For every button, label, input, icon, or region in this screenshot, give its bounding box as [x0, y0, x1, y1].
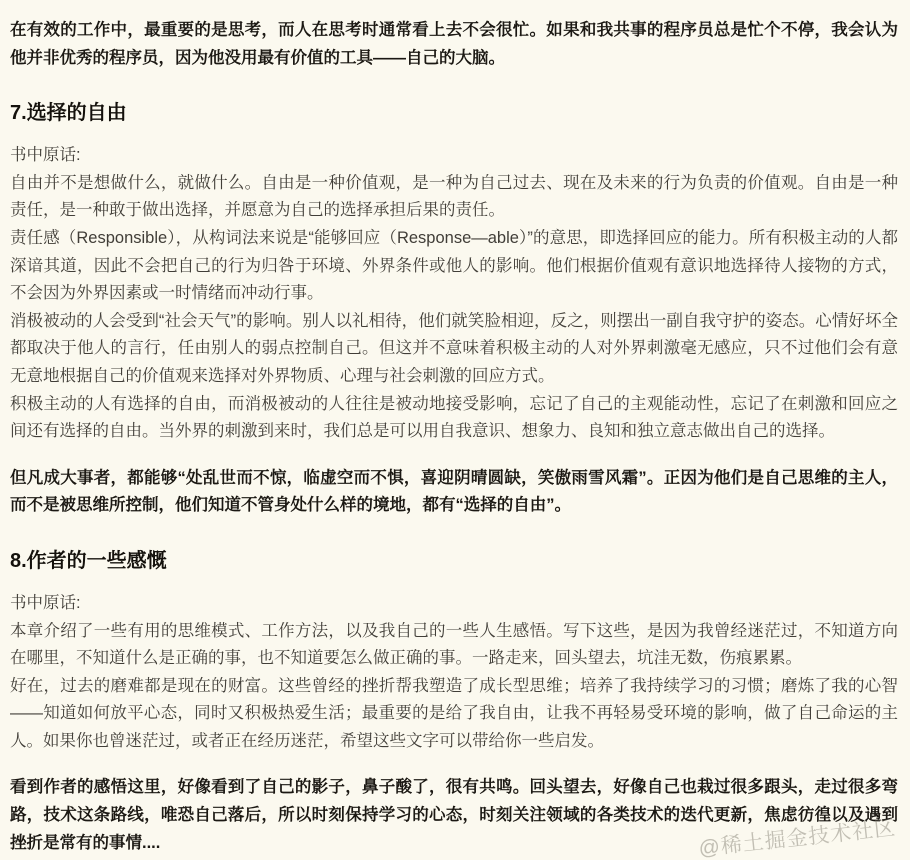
body-paragraph: 自由并不是想做什么，就做什么。自由是一种价值观，是一种为自己过去、现在及未来的行… [10, 170, 898, 225]
article-body: 在有效的工作中，最重要的是思考，而人在思考时通常看上去不会很忙。如果和我共事的程… [0, 0, 910, 857]
section-heading-7: 7.选择的自由 [10, 100, 898, 126]
intro-bold-paragraph: 在有效的工作中，最重要的是思考，而人在思考时通常看上去不会很忙。如果和我共事的程… [10, 17, 898, 72]
section-8-bold-note: 看到作者的感悟这里，好像看到了自己的影子，鼻子酸了，很有共鸣。回头望去，好像自己… [10, 774, 898, 857]
book-quote-label: 书中原话: [10, 590, 898, 618]
book-quote-label: 书中原话: [10, 142, 898, 170]
section-7-body: 书中原话: 自由并不是想做什么，就做什么。自由是一种价值观，是一种为自己过去、现… [10, 142, 898, 446]
section-7-bold-note: 但凡成大事者，都能够“处乱世而不惊，临虚空而不惧，喜迎阴晴圆缺，笑傲雨雪风霜”。… [10, 465, 898, 520]
section-heading-8: 8.作者的一些感慨 [10, 548, 898, 574]
body-paragraph: 消极被动的人会受到“社会天气”的影响。别人以礼相待，他们就笑脸相迎，反之，则摆出… [10, 308, 898, 391]
section-8-body: 书中原话: 本章介绍了一些有用的思维模式、工作方法，以及我自己的一些人生感悟。写… [10, 590, 898, 756]
body-paragraph: 积极主动的人有选择的自由，而消极被动的人往往是被动地接受影响，忘记了自己的主观能… [10, 391, 898, 446]
body-paragraph: 责任感（Responsible），从构词法来说是“能够回应（Response—a… [10, 225, 898, 308]
body-paragraph: 好在，过去的磨难都是现在的财富。这些曾经的挫折帮我塑造了成长型思维；培养了我持续… [10, 673, 898, 756]
body-paragraph: 本章介绍了一些有用的思维模式、工作方法，以及我自己的一些人生感悟。写下这些，是因… [10, 618, 898, 673]
